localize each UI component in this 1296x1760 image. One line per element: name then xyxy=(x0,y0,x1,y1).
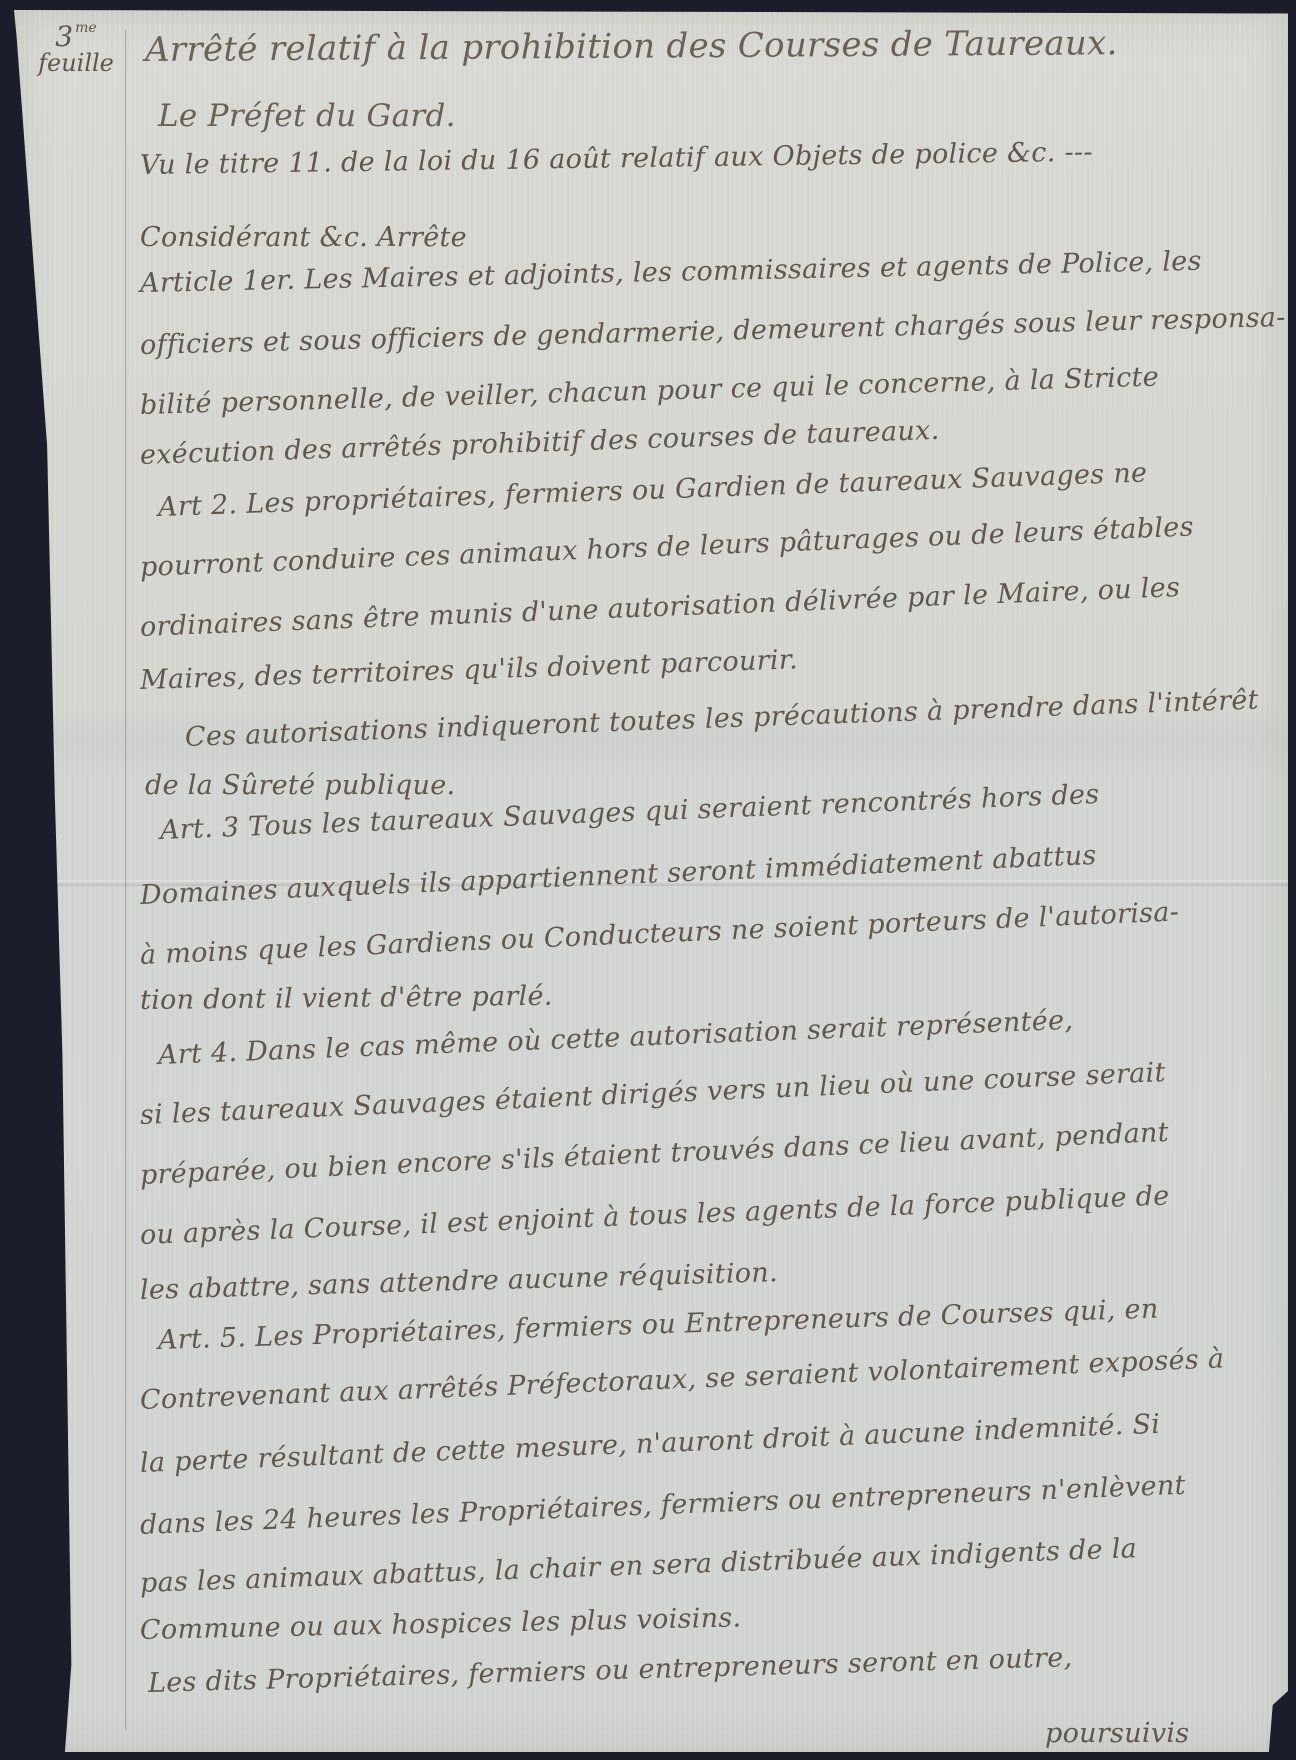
manuscript-scan: 3me feuille Arrêté relatif à la prohibit… xyxy=(0,0,1296,1760)
catchword: poursuivis xyxy=(1045,1718,1189,1749)
document-title: Arrêté relatif à la prohibition des Cour… xyxy=(145,23,1118,70)
sheet-marker: 3me feuille xyxy=(36,20,116,77)
issuer-line: Le Préfet du Gard. xyxy=(158,98,456,134)
sheet-number-suffix: me xyxy=(75,20,97,36)
text-line: de la Sûreté publique. xyxy=(145,770,455,801)
margin-rule xyxy=(125,30,126,1730)
sheet-label: feuille xyxy=(36,49,116,77)
text-line: tion dont il vient d'être parlé. xyxy=(140,981,553,1016)
preamble-line: Considérant &c. Arrête xyxy=(140,222,467,253)
